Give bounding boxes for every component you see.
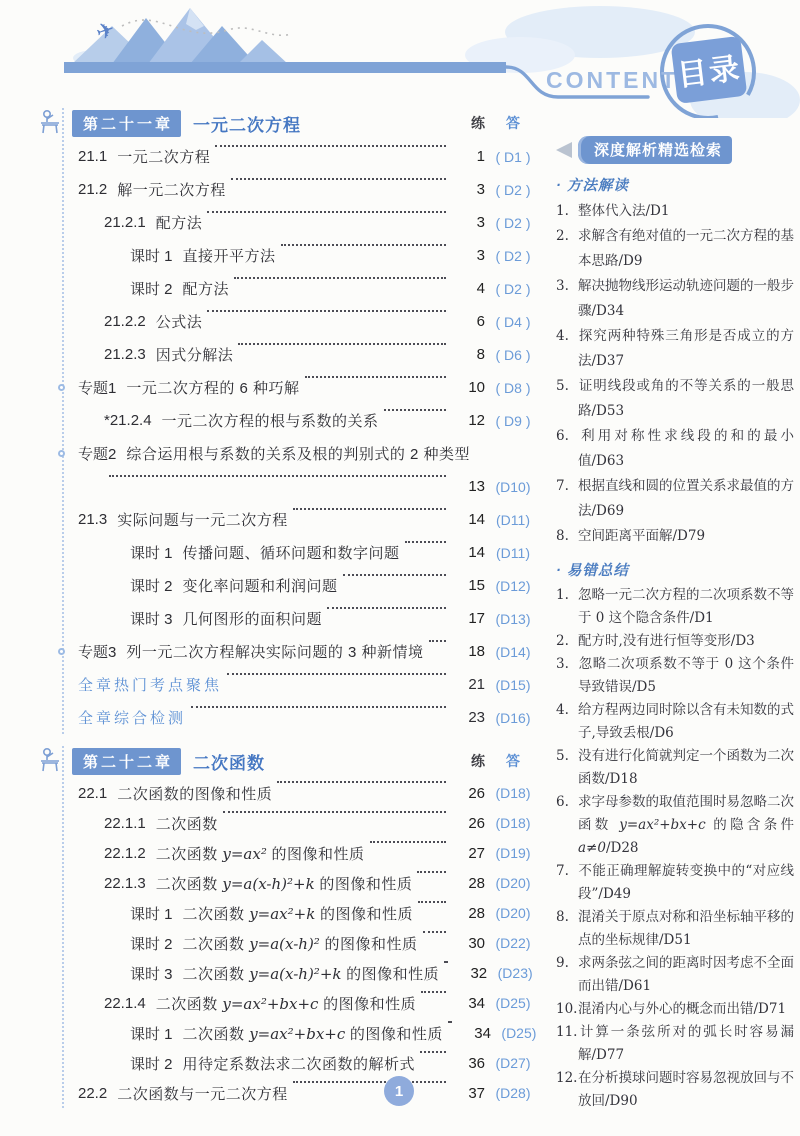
toc-row-title: 配方法 (156, 212, 203, 233)
sidebar-item-text: 证明线段或角的不等关系的一般思路/D53 (578, 378, 794, 419)
sidebar-title: 深度解析精选检索 (578, 136, 732, 164)
toc-row: 课时 3几何图形的面积问题17(D13) (72, 602, 541, 635)
toc-row-title: 几何图形的面积问题 (183, 608, 323, 629)
toc-row: 课时 2变化率问题和利润问题15(D12) (72, 569, 541, 602)
sidebar-item-text: 求字母参数的取值范围时易忽略二次函数 y=ax²+bx+c 的隐含条件 a≠0/… (578, 794, 794, 856)
sidebar-item-number: 2. (556, 630, 578, 653)
sidebar-item-number: 10. (556, 998, 578, 1021)
sidebar-item: 1.整体代入法/D1 (556, 199, 794, 224)
toc-row-title: 二次函数 y=ax² 的图像和性质 (156, 843, 365, 864)
toc-answer-ref: (D15) (485, 677, 541, 693)
toc-row: 22.1二次函数的图像和性质26(D18) (72, 778, 541, 808)
math-formula: a≠0 (578, 840, 606, 856)
toc-row: 21.1一元二次方程1( D1 ) (72, 140, 541, 173)
topic-bullet-icon (58, 384, 65, 391)
toc-row: 全章热门考点聚焦21(D15) (72, 668, 541, 701)
toc-answer-ref: (D20) (485, 905, 541, 921)
toc-row-label: 21.2.2 (104, 313, 146, 330)
toc-page-number: 23 (451, 709, 485, 726)
toc-row: *21.2.4一元二次方程的根与系数的关系12( D9 ) (72, 404, 541, 437)
toc-row: 22.2二次函数与一元二次方程37(D28) (72, 1078, 541, 1108)
topic-bullet-icon (58, 450, 65, 457)
toc-page-number: 14 (451, 511, 485, 528)
toc-row-label: 课时 2 (130, 933, 173, 954)
practice-column-header: 练 (451, 751, 485, 771)
left-arrow-icon (556, 142, 572, 158)
toc-row-title: 列一元二次方程解决实际问题的 3 种新情境 (126, 641, 423, 662)
sidebar-item: 5.证明线段或角的不等关系的一般思路/D53 (556, 374, 794, 424)
sidebar-item: 7.根据直线和圆的位置关系求最值的方法/D69 (556, 474, 794, 524)
toc-answer-ref: (D19) (485, 845, 541, 861)
toc-row-label: 课时 1 (130, 245, 173, 266)
sidebar-item: 1.忽略一元二次方程的二次项系数不等于 0 这个隐含条件/D1 (556, 584, 794, 630)
toc-row-title: 一元二次方程的 6 种巧解 (126, 377, 299, 398)
toc-row-label: 课时 2 (130, 1053, 173, 1074)
sidebar-item: 11.计算一条弦所对的弧长时容易漏解/D77 (556, 1021, 794, 1067)
sidebar-item-number: 7. (556, 474, 578, 499)
sidebar-item-text: 没有进行化简就判定一个函数为二次函数/D18 (578, 748, 794, 787)
toc-page-number: 1 (451, 148, 485, 165)
sidebar-item-number: 7. (556, 860, 578, 883)
sidebar-item: 3.解决抛物线形运动轨迹问题的一般步骤/D34 (556, 274, 794, 324)
toc-answer-ref: (D13) (485, 611, 541, 627)
toc-page-number: 26 (451, 815, 485, 832)
sidebar-item-number: 4. (556, 324, 578, 349)
sidebar-item-text: 根据直线和圆的位置关系求最值的方法/D69 (578, 478, 794, 519)
toc-row-label: 课时 2 (130, 278, 173, 299)
sidebar-item: 4.给方程两边同时除以含有未知数的式子,导致丢根/D6 (556, 699, 794, 745)
toc-row-title: 综合运用根与系数的关系及根的判别式的 2 种类型 (126, 443, 470, 464)
toc-answer-ref: (D10) (485, 479, 541, 495)
toc-row-label: 课时 3 (130, 963, 173, 984)
toc-answer-ref: (D27) (485, 1055, 541, 1071)
toc-row-continuation: 13(D10) (72, 470, 541, 503)
toc-answer-ref: (D25) (485, 995, 541, 1011)
chapter-block: 第二十二章二次函数练答22.1二次函数的图像和性质26(D18)22.1.1二次… (62, 746, 541, 1108)
toc-row-label: 课时 1 (130, 903, 173, 924)
toc-row: 课时 2配方法4( D2 ) (72, 272, 541, 305)
sidebar-item-number: 11. (556, 1021, 578, 1044)
toc-row-label: 22.1.3 (104, 875, 146, 892)
toc-row: 课时 2二次函数 y=a(x-h)² 的图像和性质30(D22) (72, 928, 541, 958)
toc-row-label: 22.1.2 (104, 845, 146, 862)
math-formula: y=ax²+bx+c (619, 817, 705, 833)
toc-row-title: 二次函数 y=a(x-h)²+k 的图像和性质 (156, 873, 413, 894)
toc-row-label: 课时 1 (130, 1023, 173, 1044)
sidebar-item-text: 忽略一元二次方程的二次项系数不等于 0 这个隐含条件/D1 (578, 587, 794, 626)
toc-row-title: 直接开平方法 (183, 245, 276, 266)
toc-row-title: 二次函数与一元二次方程 (117, 1083, 288, 1104)
toc-page-number: 37 (451, 1085, 485, 1102)
sidebar-item-number: 9. (556, 952, 578, 975)
chapter-header: 第二十一章一元二次方程练答 (72, 108, 541, 138)
toc-answer-ref: ( D8 ) (485, 380, 541, 396)
toc-row: 课时 2用待定系数法求二次函数的解析式36(D27) (72, 1048, 541, 1078)
toc-row-title: 公式法 (156, 311, 203, 332)
toc-row-label: 21.3 (78, 511, 107, 528)
toc-page-number: 18 (451, 643, 485, 660)
toc-page-number: 27 (451, 845, 485, 862)
toc-answer-ref: (D23) (487, 965, 543, 981)
sidebar-item-text: 配方时,没有进行恒等变形/D3 (578, 633, 755, 649)
sidebar-item-text: 在分析摸球问题时容易忽视放回与不放回/D90 (578, 1070, 794, 1109)
sidebar-item-text: 求两条弦之间的距离时因考虑不全面而出错/D61 (578, 955, 794, 994)
toc-row-title: 全章综合检测 (78, 707, 186, 728)
toc-page-number: 3 (451, 181, 485, 198)
answer-column-header: 答 (485, 113, 541, 133)
toc-row-label: 22.1.1 (104, 815, 146, 832)
toc-row-title: 解一元二次方程 (117, 179, 226, 200)
toc-row: 21.2解一元二次方程3( D2 ) (72, 173, 541, 206)
toc-answer-ref: ( D2 ) (485, 215, 541, 231)
toc-row: 22.1.1二次函数26(D18) (72, 808, 541, 838)
sidebar-section: 方法解读1.整体代入法/D12.求解含有绝对值的一元二次方程的基本思路/D93.… (556, 174, 794, 549)
sidebar-item-number: 8. (556, 906, 578, 929)
toc-answer-ref: (D22) (485, 935, 541, 951)
sidebar-item: 7.不能正确理解旋转变换中的“对应线段”/D49 (556, 860, 794, 906)
toc-row-title: 变化率问题和利润问题 (183, 575, 338, 596)
toc-chapters: 第二十一章一元二次方程练答21.1一元二次方程1( D1 )21.2解一元二次方… (36, 108, 541, 1108)
sidebar-item: 2.求解含有绝对值的一元二次方程的基本思路/D9 (556, 224, 794, 274)
brand-mascot-icon (38, 109, 62, 135)
toc-row: 课时 1二次函数 y=ax²+k 的图像和性质28(D20) (72, 898, 541, 928)
toc-rows: 22.1二次函数的图像和性质26(D18)22.1.1二次函数26(D18)22… (72, 776, 541, 1108)
sidebar-item-number: 8. (556, 524, 578, 549)
toc-answer-ref: (D18) (485, 815, 541, 831)
sidebar-section-heading: 易错总结 (556, 559, 794, 580)
sidebar-item-number: 3. (556, 274, 578, 299)
sidebar-item-text: 利用对称性求线段的和的最小值/D63 (578, 428, 794, 469)
toc-row: 课时 3二次函数 y=a(x-h)²+k 的图像和性质32(D23) (72, 958, 541, 988)
toc-row-label: 22.2 (78, 1085, 107, 1102)
toc-answer-ref: (D18) (485, 785, 541, 801)
sidebar-item-list: 1.忽略一元二次方程的二次项系数不等于 0 这个隐含条件/D12.配方时,没有进… (556, 584, 794, 1113)
math-formula: y=ax²+k (249, 905, 315, 923)
toc-answer-ref: (D11) (485, 512, 541, 528)
toc-page-number: 32 (453, 965, 487, 982)
toc-row-label: 专题2 (78, 443, 116, 464)
toc-row-title: 配方法 (183, 278, 230, 299)
toc-page-number: 30 (451, 935, 485, 952)
sidebar-item-number: 5. (556, 745, 578, 768)
toc-row: 课时 1传播问题、循环问题和数字问题14(D11) (72, 536, 541, 569)
toc-row: 专题2综合运用根与系数的关系及根的判别式的 2 种类型 (72, 437, 541, 470)
toc-row: 21.2.1配方法3( D2 ) (72, 206, 541, 239)
toc-row-label: 22.1.4 (104, 995, 146, 1012)
toc-row-title: 二次函数 y=a(x-h)² 的图像和性质 (183, 933, 418, 954)
toc-row: 全章综合检测23(D16) (72, 701, 541, 734)
math-formula: y=ax² (222, 845, 266, 863)
sidebar-item: 3.忽略二次项系数不等于 0 这个条件导致错误/D5 (556, 653, 794, 699)
page-number-badge: 1 (384, 1076, 414, 1106)
sidebar-item-number: 4. (556, 699, 578, 722)
chapter-title: 一元二次方程 (193, 111, 301, 136)
toc-row-title: 二次函数 y=a(x-h)²+k 的图像和性质 (183, 963, 440, 984)
sidebar-item: 6.求字母参数的取值范围时易忽略二次函数 y=ax²+bx+c 的隐含条件 a≠… (556, 791, 794, 860)
toc-page-number: 3 (451, 247, 485, 264)
math-formula: y=a(x-h)²+k (222, 875, 314, 893)
toc-row-label: 专题1 (78, 377, 116, 398)
toc-row-title: 一元二次方程的根与系数的关系 (162, 410, 379, 431)
toc-answer-ref: ( D2 ) (485, 248, 541, 264)
sidebar-item-number: 6. (556, 424, 578, 449)
brand-mascot-icon (38, 747, 62, 773)
toc-answer-ref: ( D1 ) (485, 149, 541, 165)
toc-row-label: 课时 3 (130, 608, 173, 629)
toc-row-title: 一元二次方程 (117, 146, 210, 167)
toc-page-number: 21 (451, 676, 485, 693)
toc-row-label: *21.2.4 (104, 412, 152, 429)
toc-row-title: 二次函数 y=ax²+bx+c 的图像和性质 (183, 1023, 443, 1044)
toc-row: 专题1一元二次方程的 6 种巧解10( D8 ) (72, 371, 541, 404)
toc-answer-ref: ( D6 ) (485, 347, 541, 363)
toc-row-title: 全章热门考点聚焦 (78, 674, 222, 695)
sidebar-item-number: 12. (556, 1067, 578, 1090)
toc-answer-ref: (D28) (485, 1085, 541, 1101)
chapter-header: 第二十二章二次函数练答 (72, 746, 541, 776)
toc-answer-ref: (D16) (485, 710, 541, 726)
toc-row-label: 专题3 (78, 641, 116, 662)
sidebar-section-heading: 方法解读 (556, 174, 794, 195)
toc-page-number: 4 (451, 280, 485, 297)
toc-row-label: 课时 2 (130, 575, 173, 596)
chapter-block: 第二十一章一元二次方程练答21.1一元二次方程1( D1 )21.2解一元二次方… (62, 108, 541, 734)
sidebar-item-text: 不能正确理解旋转变换中的“对应线段”/D49 (578, 863, 794, 902)
toc-page-number: 36 (451, 1055, 485, 1072)
sidebar-item-text: 求解含有绝对值的一元二次方程的基本思路/D9 (578, 228, 794, 269)
sidebar-item-text: 计算一条弦所对的弧长时容易漏解/D77 (578, 1024, 794, 1063)
chapter-badge: 第二十二章 (72, 748, 181, 775)
math-formula: y=ax²+bx+c (249, 1025, 345, 1043)
sidebar-item: 8.空间距离平面解/D79 (556, 524, 794, 549)
toc-answer-ref: (D14) (485, 644, 541, 660)
toc-page-number: 8 (451, 346, 485, 363)
mulu-badge: 目录 (671, 36, 748, 104)
toc-row-title: 传播问题、循环问题和数字问题 (183, 542, 400, 563)
sidebar-sections: 方法解读1.整体代入法/D12.求解含有绝对值的一元二次方程的基本思路/D93.… (556, 174, 794, 1113)
toc-page-number: 26 (451, 785, 485, 802)
toc-row: 课时 1直接开平方法3( D2 ) (72, 239, 541, 272)
toc-row: 22.1.2二次函数 y=ax² 的图像和性质27(D19) (72, 838, 541, 868)
sidebar-item: 12.在分析摸球问题时容易忽视放回与不放回/D90 (556, 1067, 794, 1113)
toc-page-number: 3 (451, 214, 485, 231)
math-formula: y=a(x-h)² (249, 935, 320, 953)
sidebar-item-number: 5. (556, 374, 578, 399)
toc-row-label: 21.2.1 (104, 214, 146, 231)
toc-row-label: 21.1 (78, 148, 107, 165)
sidebar-item: 9.求两条弦之间的距离时因考虑不全面而出错/D61 (556, 952, 794, 998)
sidebar-section: 易错总结1.忽略一元二次方程的二次项系数不等于 0 这个隐含条件/D12.配方时… (556, 559, 794, 1113)
toc-row-label: 21.2 (78, 181, 107, 198)
page-header-decoration: ✈ CONTENTS 目录 (0, 0, 800, 118)
toc-row-title: 用待定系数法求二次函数的解析式 (183, 1053, 416, 1074)
toc-page-number: 13 (451, 478, 485, 495)
sidebar-item-number: 1. (556, 199, 578, 224)
toc-page-number: 28 (451, 875, 485, 892)
toc-row-title: 因式分解法 (156, 344, 234, 365)
toc-answer-ref: ( D9 ) (485, 413, 541, 429)
sidebar-item-number: 3. (556, 653, 578, 676)
topic-bullet-icon (58, 648, 65, 655)
toc-answer-ref: (D25) (491, 1025, 547, 1041)
sidebar-item-text: 忽略二次项系数不等于 0 这个条件导致错误/D5 (578, 656, 794, 695)
chapter-badge: 第二十一章 (72, 110, 181, 137)
sidebar-item: 2.配方时,没有进行恒等变形/D3 (556, 630, 794, 653)
toc-answer-ref: ( D4 ) (485, 314, 541, 330)
toc-row: 专题3列一元二次方程解决实际问题的 3 种新情境18(D14) (72, 635, 541, 668)
toc-answer-ref: ( D2 ) (485, 182, 541, 198)
toc-page-number: 17 (451, 610, 485, 627)
sidebar-item-list: 1.整体代入法/D12.求解含有绝对值的一元二次方程的基本思路/D93.解决抛物… (556, 199, 794, 549)
toc-row: 21.2.3因式分解法8( D6 ) (72, 338, 541, 371)
toc-page-number: 12 (451, 412, 485, 429)
sidebar-item: 10.混淆内心与外心的概念而出错/D71 (556, 998, 794, 1021)
toc-rows: 21.1一元二次方程1( D1 )21.2解一元二次方程3( D2 )21.2.… (72, 138, 541, 734)
chapter-title: 二次函数 (193, 749, 265, 774)
toc-row-label: 课时 1 (130, 542, 173, 563)
toc-page-number: 28 (451, 905, 485, 922)
toc-page-number: 14 (451, 544, 485, 561)
sidebar-item: 8.混淆关于原点对称和沿坐标轴平移的点的坐标规律/D51 (556, 906, 794, 952)
sidebar-item-text: 解决抛物线形运动轨迹问题的一般步骤/D34 (578, 278, 794, 319)
toc-row: 22.1.4二次函数 y=ax²+bx+c 的图像和性质34(D25) (72, 988, 541, 1018)
toc-answer-ref: (D11) (485, 545, 541, 561)
sidebar-item: 6.利用对称性求线段的和的最小值/D63 (556, 424, 794, 474)
toc-answer-ref: (D20) (485, 875, 541, 891)
sidebar-item-text: 给方程两边同时除以含有未知数的式子,导致丢根/D6 (578, 702, 794, 741)
sidebar-item: 5.没有进行化简就判定一个函数为二次函数/D18 (556, 745, 794, 791)
sidebar-item-text: 混淆关于原点对称和沿坐标轴平移的点的坐标规律/D51 (578, 909, 794, 948)
toc-page-number: 6 (451, 313, 485, 330)
sidebar-item-number: 6. (556, 791, 578, 814)
toc-main-column: 第二十一章一元二次方程练答21.1一元二次方程1( D1 )21.2解一元二次方… (36, 108, 541, 1108)
sidebar-item-text: 探究两种特殊三角形是否成立的方法/D37 (578, 328, 794, 369)
toc-page-number: 10 (451, 379, 485, 396)
toc-row-label: 21.2.3 (104, 346, 146, 363)
analysis-index-sidebar: 深度解析精选检索 方法解读1.整体代入法/D12.求解含有绝对值的一元二次方程的… (556, 136, 794, 1113)
toc-page-number: 34 (451, 995, 485, 1012)
toc-row-title: 二次函数的图像和性质 (117, 783, 272, 804)
toc-answer-ref: ( D2 ) (485, 281, 541, 297)
toc-page-number: 15 (451, 577, 485, 594)
toc-row-title: 二次函数 (156, 813, 218, 834)
toc-row-title: 实际问题与一元二次方程 (117, 509, 288, 530)
toc-row: 课时 1二次函数 y=ax²+bx+c 的图像和性质34(D25) (72, 1018, 541, 1048)
math-formula: y=ax²+bx+c (222, 995, 318, 1013)
math-formula: y=a(x-h)²+k (249, 965, 341, 983)
sidebar-item-text: 空间距离平面解/D79 (578, 528, 705, 544)
sidebar-item-number: 1. (556, 584, 578, 607)
toc-row: 21.3实际问题与一元二次方程14(D11) (72, 503, 541, 536)
answer-column-header: 答 (485, 751, 541, 771)
sidebar-item: 4.探究两种特殊三角形是否成立的方法/D37 (556, 324, 794, 374)
toc-row: 21.2.2公式法6( D4 ) (72, 305, 541, 338)
sidebar-item-text: 整体代入法/D1 (578, 203, 669, 219)
toc-row-title: 二次函数 y=ax²+k 的图像和性质 (183, 903, 413, 924)
toc-page-number: 34 (457, 1025, 491, 1042)
sidebar-item-number: 2. (556, 224, 578, 249)
toc-answer-ref: (D12) (485, 578, 541, 594)
practice-column-header: 练 (451, 113, 485, 133)
toc-row: 22.1.3二次函数 y=a(x-h)²+k 的图像和性质28(D20) (72, 868, 541, 898)
toc-row-label: 22.1 (78, 785, 107, 802)
sidebar-item-text: 混淆内心与外心的概念而出错/D71 (578, 1001, 786, 1017)
toc-row-title: 二次函数 y=ax²+bx+c 的图像和性质 (156, 993, 416, 1014)
